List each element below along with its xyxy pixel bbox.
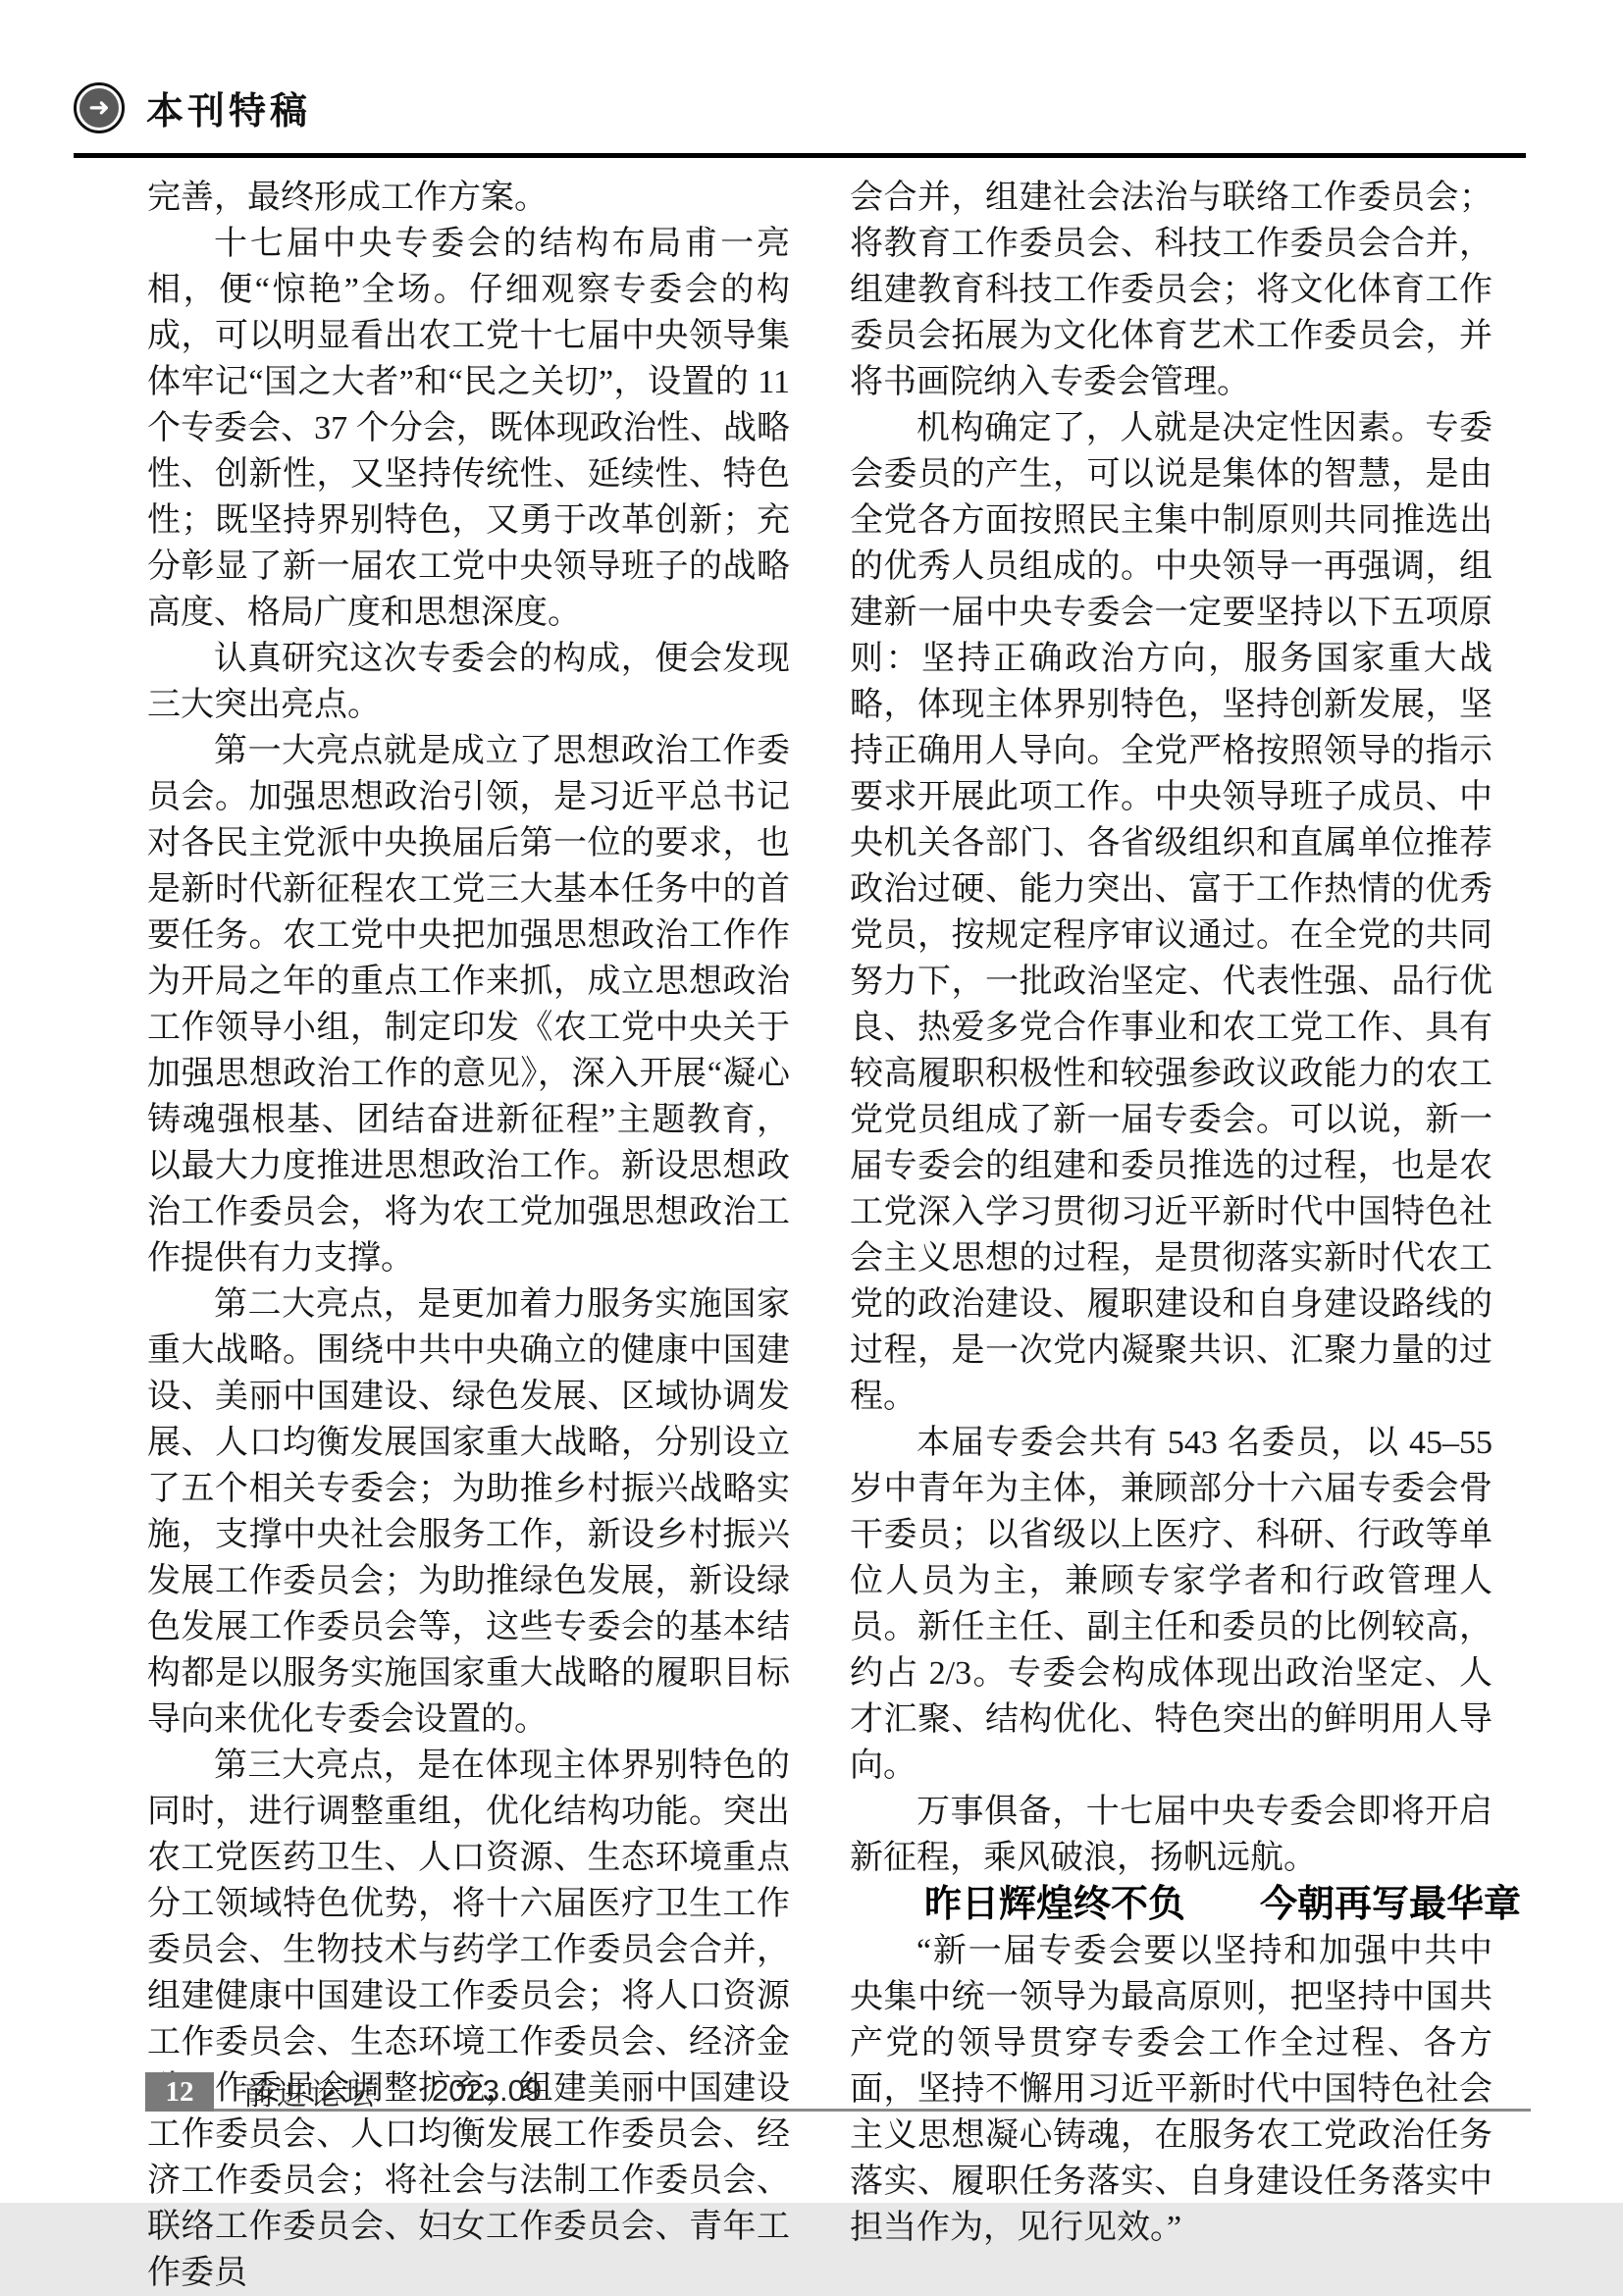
right-column: 会合并，组建社会法治与联络工作委员会；将教育工作委员会、科技工作委员会合并，组建… <box>850 175 1492 2251</box>
issue-date: 2023.09 <box>432 2073 542 2109</box>
header-rule <box>74 153 1526 158</box>
page-footer: 12 前进论坛 2023.09 <box>0 2072 1623 2116</box>
arrow-circle-icon: ➜ <box>74 82 125 133</box>
magazine-page: ➜ 本刊特稿 完善，最终形成工作方案。 十七届中央专委会的结构布局甫一亮相，便“… <box>0 0 1623 2203</box>
page-header: ➜ 本刊特稿 <box>74 80 1526 134</box>
paragraph: 认真研究这次专委会的构成，便会发现三大突出亮点。 <box>147 636 790 728</box>
journal-name: 前进论坛 <box>243 2069 377 2113</box>
section-heading: 昨日辉煌终不负 今朝再写最华章 <box>850 1881 1492 1928</box>
arrow-right-icon: ➜ <box>79 88 119 128</box>
paragraph: 完善，最终形成工作方案。 <box>147 175 790 221</box>
paragraph: 机构确定了，人就是决定性因素。专委会委员的产生，可以说是集体的智慧，是由全党各方… <box>850 405 1492 1420</box>
paragraph: 会合并，组建社会法治与联络工作委员会；将教育工作委员会、科技工作委员会合并，组建… <box>850 175 1492 405</box>
paragraph: 第三大亮点，是在体现主体界别特色的同时，进行调整重组，优化结构功能。突出农工党医… <box>147 1743 790 2296</box>
page-number: 12 <box>166 2076 194 2109</box>
page-number-badge: 12 <box>145 2072 214 2112</box>
section-label: 本刊特稿 <box>146 80 311 134</box>
paragraph: 第一大亮点就是成立了思想政治工作委员会。加强思想政治引领，是习近平总书记对各民主… <box>147 728 790 1281</box>
left-column: 完善，最终形成工作方案。 十七届中央专委会的结构布局甫一亮相，便“惊艳”全场。仔… <box>147 175 790 2296</box>
paragraph: 本届专委会共有 543 名委员，以 45–55 岁中青年为主体，兼顾部分十六届专… <box>850 1420 1492 1789</box>
paragraph: 万事俱备，十七届中央专委会即将开启新征程，乘风破浪，扬帆远航。 <box>850 1789 1492 1881</box>
paragraph: 十七届中央专委会的结构布局甫一亮相，便“惊艳”全场。仔细观察专委会的构成，可以明… <box>147 221 790 636</box>
paragraph: 第二大亮点，是更加着力服务实施国家重大战略。围绕中共中央确立的健康中国建设、美丽… <box>147 1281 790 1743</box>
